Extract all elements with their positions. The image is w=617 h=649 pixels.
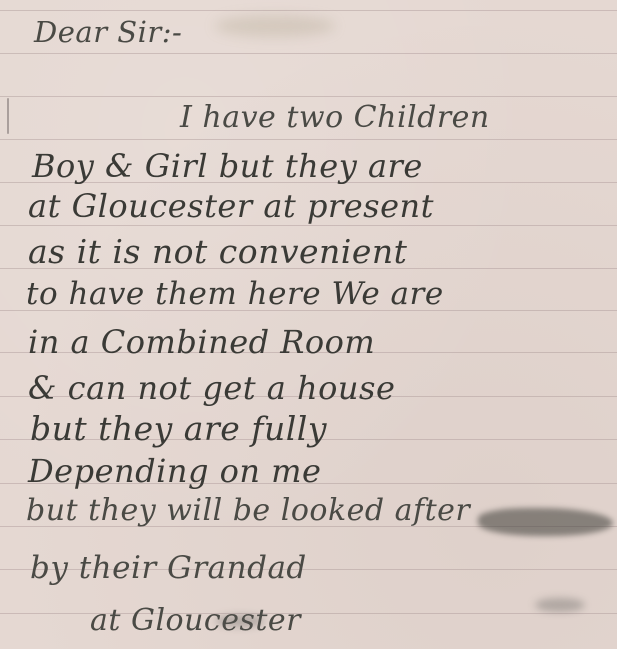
ink-smudge [535, 598, 585, 612]
letter-line-5: to have them here We are [26, 279, 444, 310]
letter-page: Dear Sir:- I have two Children Boy & Gir… [0, 0, 617, 649]
ruled-line [0, 225, 617, 226]
letter-line-9: Depending on me [28, 455, 321, 487]
paper-stain [215, 15, 335, 37]
ruled-line [0, 139, 617, 140]
ink-smudge [215, 615, 265, 627]
ruled-line [0, 53, 617, 54]
letter-line-7: & can not get a house [28, 372, 395, 404]
letter-line-10: but they will be looked after [26, 496, 470, 526]
letter-line-12: at Gloucester [90, 606, 301, 636]
margin-mark [7, 98, 9, 134]
letter-line-3: at Gloucester at present [28, 190, 434, 222]
ruled-line [0, 96, 617, 97]
letter-line-6: in a Combined Room [28, 326, 375, 358]
ink-blot [478, 508, 613, 536]
salutation: Dear Sir:- [34, 18, 182, 47]
letter-line-2: Boy & Girl but they are [32, 150, 423, 182]
letter-line-1: I have two Children [180, 103, 490, 133]
letter-line-8: but they are fully [30, 412, 327, 445]
ruled-line [0, 10, 617, 11]
letter-line-4: as it is not convenient [28, 235, 407, 268]
letter-line-11: by their Grandad [30, 553, 307, 584]
